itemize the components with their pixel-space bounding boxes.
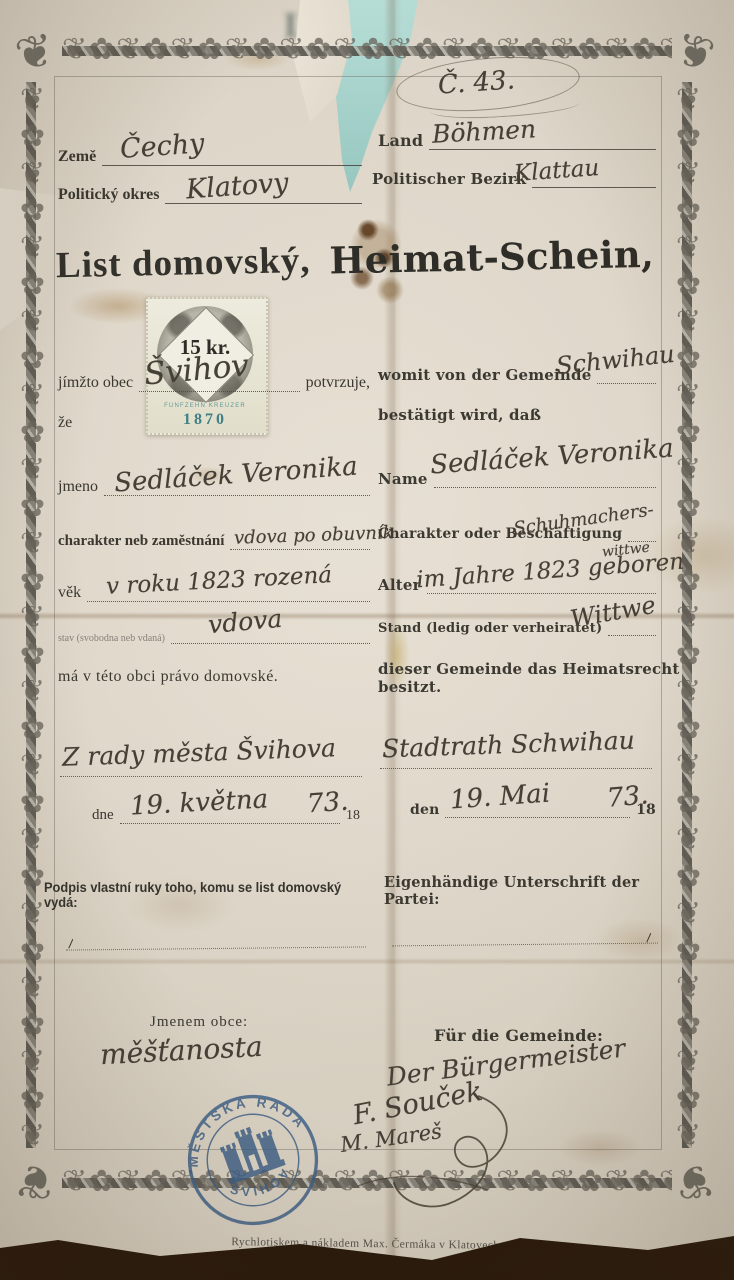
country-value-cz: Čechy: [119, 128, 205, 165]
age-value-cz: v roku 1823 rozená: [105, 562, 332, 600]
status-line-cz: [171, 641, 370, 644]
name-line-de: [434, 485, 656, 488]
status-label-de: Stand (ledig oder verheiratet): [378, 621, 602, 636]
municipality-line-de: [597, 381, 656, 384]
status-value-de: Wittwe: [568, 591, 658, 634]
that-label-cz: že: [58, 414, 72, 432]
title-german: Heimat-Schein,: [329, 232, 654, 283]
signature-line-cz: [66, 946, 366, 950]
community-label-cz: Jmenem obce:: [150, 1014, 248, 1031]
date-line-cz: [120, 821, 340, 824]
occupation-value-cz: vdova po obuvník: [234, 522, 394, 549]
country-value-de: Böhmen: [431, 114, 537, 148]
signature-instruction-cz: Podpis vlastní ruky toho, komu se list d…: [44, 880, 363, 910]
status-line-de: [608, 633, 656, 636]
district-label-cz: Politický okres: [58, 186, 159, 204]
issue-place-line-de: [380, 768, 652, 769]
date-year-de: 73.: [605, 780, 649, 813]
printer-imprint: Rychlotiskem a nákladem Max. Čermáka v K…: [0, 1233, 734, 1255]
svg-text:MĚSTSKÁ RADA: MĚSTSKÁ RADA: [169, 1076, 311, 1172]
municipality-value-de: Schwihau: [555, 340, 676, 380]
document-number: Č. 43.: [437, 65, 516, 100]
issue-place-de: Stadtrath Schwihau: [382, 726, 636, 764]
that-label-de: bestätigt wird, daß: [378, 406, 541, 424]
district-line-de: [532, 185, 656, 188]
age-value-de: im Jahre 1823 geboren: [415, 549, 684, 594]
signature-line-de: [392, 943, 658, 947]
community-officer-cz: měšťanosta: [99, 1030, 263, 1071]
age-label-cz: věk: [58, 584, 81, 602]
status-value-cz: vdova: [207, 604, 283, 639]
date-year-cz: 73.: [306, 787, 349, 820]
issue-place-cz: Z rady města Švihova: [62, 733, 337, 772]
date-label-cz: dne: [92, 807, 114, 824]
date-label-de: den: [410, 802, 439, 818]
date-value-cz: 19. května: [129, 784, 269, 821]
municipal-seal: MĚSTSKÁ RADA ŠVIHOV: [153, 1060, 353, 1260]
document-content: Č. 43. Země Čechy Land Böhmen Politický …: [0, 0, 734, 1262]
municipality-value-cz: Švihov: [143, 348, 251, 393]
photo-of-document: { "number": "Č. 43.", "show_through": "L…: [0, 0, 734, 1280]
date-value-de: 19. Mai: [449, 779, 551, 816]
signature-instruction-de: Eigenhändige Unterschrift der Partei:: [384, 874, 660, 908]
document-paper: LO ❦✿❦✿❦✿❦✿❦✿❦✿❦✿❦✿❦✿❦✿❦✿❦✿❦✿❦✿❦✿❦✿❦✿❦✿❦…: [0, 0, 734, 1262]
homeright-text-cz: má v této obci právo domovské.: [58, 668, 278, 686]
name-value-cz: Sedláček Veronika: [113, 452, 358, 499]
seal-top-text: MĚSTSKÁ RADA: [169, 1076, 311, 1172]
country-label-de: Land: [378, 131, 423, 150]
name-label-de: Name: [378, 470, 428, 488]
age-line-de: [427, 591, 656, 594]
municipality-suffix-cz: potvrzuje,: [306, 374, 370, 392]
occupation-label-cz: charakter neb zaměstnání: [58, 533, 224, 550]
age-line-cz: [87, 599, 370, 602]
date-line-de: [445, 815, 630, 818]
country-label-cz: Země: [58, 148, 96, 166]
status-label-cz: stav (svobodna neb vdaná): [58, 633, 165, 644]
municipality-label-cz: jímžto obec: [58, 374, 133, 392]
homeright-text-de: dieser Gemeinde das Heimatsrecht besitzt…: [378, 660, 734, 696]
age-label-de: Alter: [378, 576, 421, 594]
district-value-de: Klattau: [513, 155, 600, 187]
name-label-cz: jmeno: [58, 478, 98, 496]
title-czech: List domovský,: [56, 239, 311, 288]
district-value-cz: Klatovy: [185, 167, 289, 205]
district-label-de: Politischer Bezirk: [372, 170, 526, 188]
name-value-de: Sedláček Veronika: [429, 434, 674, 481]
issue-place-line-cz: [60, 776, 362, 777]
country-line-de: [429, 147, 656, 150]
